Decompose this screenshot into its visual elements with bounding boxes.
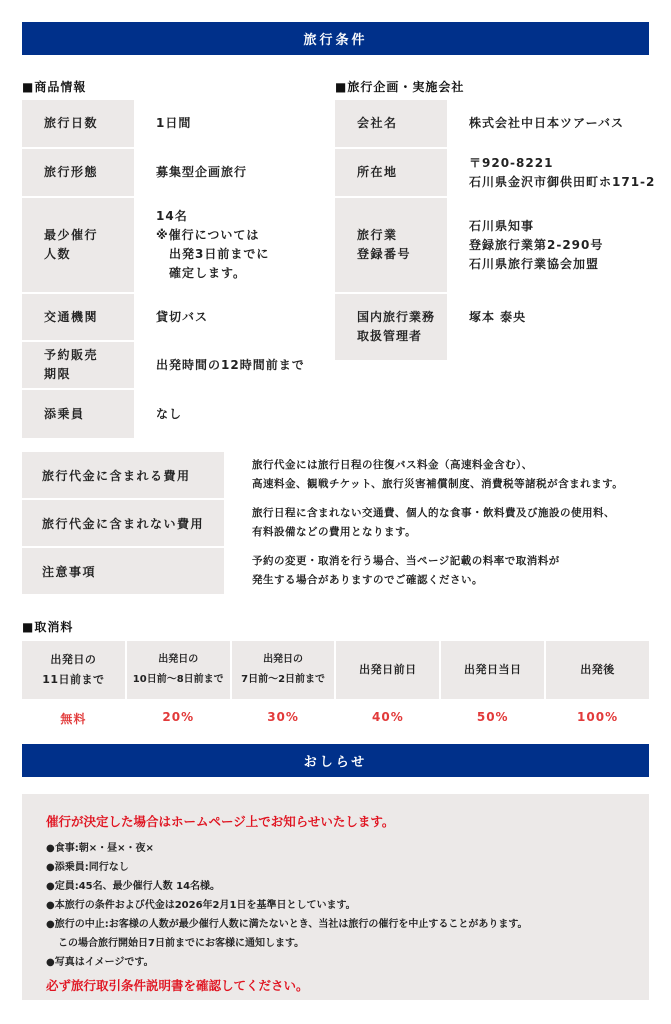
notice-item: ●定員:45名、最少催行人数 14名様。 — [46, 877, 625, 896]
row-label: 旅行業 登録番号 — [335, 198, 447, 292]
row-value: 貸切バス — [134, 294, 208, 340]
notice-item: ●食事:朝×・昼×・夜× — [46, 839, 625, 858]
company-info-title: ■旅行企画・実施会社 — [335, 78, 464, 95]
cancel-header: 出発日の 7日前～2日前まで — [232, 641, 335, 699]
notice-item: ●本旅行の条件および代金は2026年2月1日を基準日としています。 — [46, 896, 625, 915]
table-row: 注意事項 予約の変更・取消を行う場合、当ページ記載の料率で取消料が 発生する場合… — [22, 548, 649, 594]
product-info-title: ■商品情報 — [22, 78, 86, 95]
notice-banner-title: おしらせ — [304, 751, 368, 770]
row-value: 14名 ※催行については 出発3日前までに 確定します。 — [134, 198, 269, 292]
cancel-header: 出発後 — [546, 641, 649, 699]
cancel-column: 出発後 100% — [546, 641, 649, 727]
notice-item: この場合旅行開始日7日前までにお客様に通知します。 — [46, 934, 625, 953]
cancel-rate: 30% — [267, 710, 299, 724]
row-value: 株式会社中日本ツアーバス — [447, 100, 624, 147]
notice-banner: おしらせ — [22, 744, 649, 777]
cancellation-title: ■取消料 — [22, 618, 73, 635]
company-info-table: 会社名 株式会社中日本ツアーバス 所在地 〒920-8221 石川県金沢市御供田… — [335, 100, 655, 362]
row-value: なし — [134, 390, 182, 438]
fee-value: 旅行代金には旅行日程の往復バス料金（高速料金含む）、 高速料金、観戦チケット、旅… — [224, 452, 623, 498]
row-label: 旅行形態 — [22, 149, 134, 196]
table-row: 最少催行 人数 14名 ※催行については 出発3日前までに 確定します。 — [22, 198, 305, 292]
fee-value: 予約の変更・取消を行う場合、当ページ記載の料率で取消料が 発生する場合があります… — [224, 548, 560, 594]
table-row: 添乗員 なし — [22, 390, 305, 438]
row-value: 出発時間の12時間前まで — [134, 342, 305, 388]
notice-item: ●写真はイメージです。 — [46, 953, 625, 972]
fees-table: 旅行代金に含まれる費用 旅行代金には旅行日程の往復バス料金（高速料金含む）、 高… — [22, 452, 649, 596]
cancel-column: 出発日前日 40% — [336, 641, 439, 727]
table-row: 所在地 〒920-8221 石川県金沢市御供田町ホ171-2 — [335, 149, 655, 196]
cancel-header: 出発日の 10日前～8日前まで — [127, 641, 230, 699]
notice-box: 催行が決定した場合はホームページ上でお知らせいたします。 ●食事:朝×・昼×・夜… — [22, 794, 649, 1000]
cancellation-table: 出発日の 11日前まで 無料 出発日の 10日前～8日前まで 20% 出発日の … — [22, 641, 649, 727]
fee-label: 注意事項 — [22, 548, 224, 594]
banner-title: 旅行条件 — [303, 29, 367, 48]
cancel-column: 出発日当日 50% — [441, 641, 544, 727]
row-label: 会社名 — [335, 100, 447, 147]
cancel-column: 出発日の 10日前～8日前まで 20% — [127, 641, 230, 727]
notice-item: ●旅行の中止:お客様の人数が最少催行人数に満たないとき、当社は旅行の催行を中止す… — [46, 915, 625, 934]
table-row: 予約販売 期限 出発時間の12時間前まで — [22, 342, 305, 388]
row-value: 募集型企画旅行 — [134, 149, 247, 196]
table-row: 旅行形態 募集型企画旅行 — [22, 149, 305, 196]
cancel-header: 出発日の 11日前まで — [22, 641, 125, 699]
notice-footer: 必ず旅行取引条件説明書を確認してください。 — [46, 976, 625, 994]
notice-item: ●添乗員:同行なし — [46, 858, 625, 877]
row-label: 旅行日数 — [22, 100, 134, 147]
cancel-rate: 100% — [577, 710, 618, 724]
row-value: 〒920-8221 石川県金沢市御供田町ホ171-2 — [447, 149, 655, 196]
cancel-rate: 50% — [477, 710, 509, 724]
fee-value: 旅行日程に含まれない交通費、個人的な食事・飲料費及び施設の使用料、 有料設備など… — [224, 500, 615, 546]
row-label: 予約販売 期限 — [22, 342, 134, 388]
cancel-header: 出発日前日 — [336, 641, 439, 699]
cancel-header: 出発日当日 — [441, 641, 544, 699]
cancel-rate: 40% — [372, 710, 404, 724]
product-info-table: 旅行日数 1日間 旅行形態 募集型企画旅行 最少催行 人数 14名 ※催行につい… — [22, 100, 305, 440]
row-value: 1日間 — [134, 100, 191, 147]
row-value: 塚本 泰央 — [447, 294, 526, 360]
cancel-column: 出発日の 7日前～2日前まで 30% — [232, 641, 335, 727]
notice-headline: 催行が決定した場合はホームページ上でお知らせいたします。 — [46, 812, 625, 830]
row-label: 交通機関 — [22, 294, 134, 340]
row-label: 所在地 — [335, 149, 447, 196]
cancel-rate: 無料 — [60, 710, 86, 727]
table-row: 旅行代金に含まれる費用 旅行代金には旅行日程の往復バス料金（高速料金含む）、 高… — [22, 452, 649, 498]
row-label: 国内旅行業務 取扱管理者 — [335, 294, 447, 360]
travel-conditions-banner: 旅行条件 — [22, 22, 649, 55]
table-row: 旅行代金に含まれない費用 旅行日程に含まれない交通費、個人的な食事・飲料費及び施… — [22, 500, 649, 546]
fee-label: 旅行代金に含まれない費用 — [22, 500, 224, 546]
cancel-rate: 20% — [162, 710, 194, 724]
table-row: 旅行業 登録番号 石川県知事 登録旅行業第2-290号 石川県旅行業協会加盟 — [335, 198, 655, 292]
row-label: 添乗員 — [22, 390, 134, 438]
fee-label: 旅行代金に含まれる費用 — [22, 452, 224, 498]
table-row: 交通機関 貸切バス — [22, 294, 305, 340]
cancel-column: 出発日の 11日前まで 無料 — [22, 641, 125, 727]
row-label: 最少催行 人数 — [22, 198, 134, 292]
table-row: 国内旅行業務 取扱管理者 塚本 泰央 — [335, 294, 655, 360]
row-value: 石川県知事 登録旅行業第2-290号 石川県旅行業協会加盟 — [447, 198, 603, 292]
table-row: 旅行日数 1日間 — [22, 100, 305, 147]
table-row: 会社名 株式会社中日本ツアーバス — [335, 100, 655, 147]
